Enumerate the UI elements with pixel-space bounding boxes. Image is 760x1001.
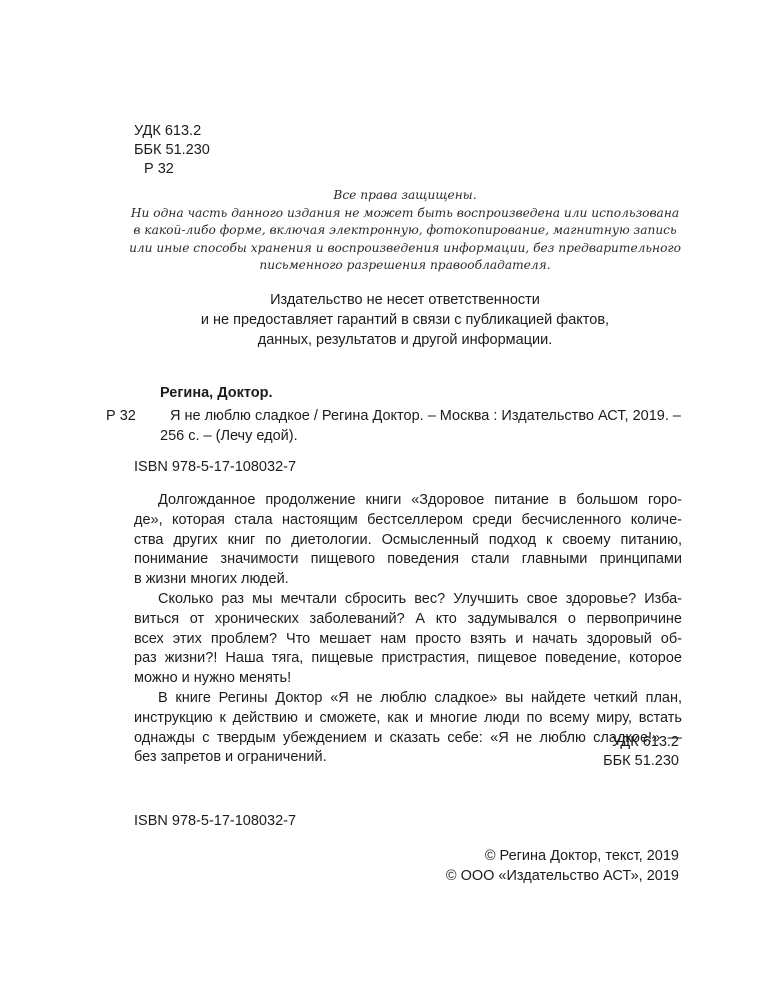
isbn-bottom: ISBN 978-5-17-108032-7: [134, 813, 296, 829]
annotation-line: без запретов и ограничений.: [134, 748, 682, 768]
copyright-notice: © Регина Доктор, текст, 2019 © ООО «Изда…: [446, 847, 679, 886]
biblio-description-line: Я не люблю сладкое / Регина Доктор. – Мо…: [170, 408, 681, 424]
biblio-description-line: 256 с. – (Лечу едой).: [160, 428, 298, 444]
annotation-line: можно и нужно менять!: [134, 669, 682, 689]
annotation-line: всех этих проблем? Что мешает нам просто…: [134, 630, 682, 650]
annotation-line: ства других книг по диетологии. Осмыслен…: [134, 531, 682, 551]
annotation-line: понимание значимости пищевого поведения …: [134, 550, 682, 570]
disclaimer-line: данных, результатов и другой информации.: [120, 330, 690, 350]
bbk-code: ББК 51.230: [603, 752, 679, 771]
rights-line: или иные способы хранения и воспроизведе…: [120, 240, 690, 258]
annotation-line: раз жизни?! Наша тяга, пищевые пристраст…: [134, 649, 682, 669]
annotation-line: Долгожданное продолжение книги «Здоровое…: [134, 491, 682, 511]
annotation-line: Сколько раз мы мечтали сбросить вес? Улу…: [134, 590, 682, 610]
annotation-line: в жизни многих людей.: [134, 570, 682, 590]
annotation-line: однажды с твердым убеждением и сказать с…: [134, 729, 682, 749]
author-mark: Р 32: [134, 160, 210, 179]
classification-codes: УДК 613.2 ББК 51.230 Р 32: [134, 122, 210, 179]
udk-code: УДК 613.2: [134, 122, 210, 141]
annotation-line: де», которая стала настоящим бестселлеро…: [134, 511, 682, 531]
biblio-code: Р 32: [106, 408, 136, 424]
disclaimer-line: Издательство не несет ответственности: [120, 290, 690, 310]
udk-code: УДК 613.2: [603, 733, 679, 752]
annotation-line: инструкцию к действию и сможете, как и м…: [134, 709, 682, 729]
rights-line: в какой-либо форме, включая электронную,…: [120, 222, 690, 240]
annotation-line: виться от хронических заболеваний? А кто…: [134, 610, 682, 630]
copyright-line: © Регина Доктор, текст, 2019: [446, 847, 679, 867]
book-annotation: Долгожданное продолжение книги «Здоровое…: [134, 491, 682, 768]
rights-line: Ни одна часть данного издания не может б…: [120, 205, 690, 223]
classification-codes-bottom: УДК 613.2 ББК 51.230: [603, 733, 679, 771]
annotation-line: В книге Регины Доктор «Я не люблю сладко…: [134, 689, 682, 709]
bbk-code: ББК 51.230: [134, 141, 210, 160]
biblio-author-heading: Регина, Доктор.: [160, 385, 272, 401]
rights-line: письменного разрешения правообладателя.: [120, 257, 690, 275]
rights-notice: Все права защищены. Ни одна часть данног…: [120, 187, 690, 275]
isbn-top: ISBN 978-5-17-108032-7: [134, 459, 296, 475]
publisher-disclaimer: Издательство не несет ответственности и …: [120, 290, 690, 350]
copyright-line: © ООО «Издательство АСТ», 2019: [446, 867, 679, 887]
disclaimer-line: и не предоставляет гарантий в связи с пу…: [120, 310, 690, 330]
rights-line: Все права защищены.: [120, 187, 690, 205]
